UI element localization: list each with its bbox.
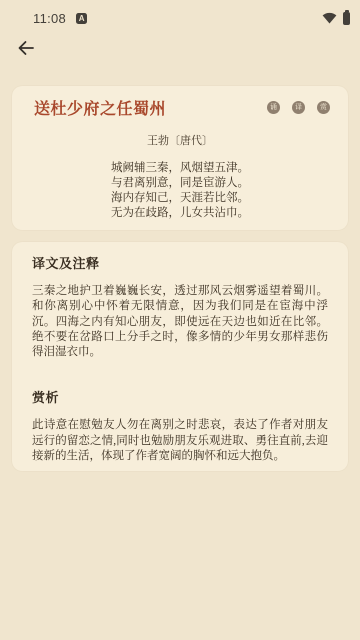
poem-line: 城阙辅三秦，风烟望五津。 [22,161,338,176]
left-arrow-icon [16,39,36,57]
section-heading-appreciation: 赏析 [22,387,338,406]
poem-line: 无为在歧路，儿女共沾巾。 [22,206,338,221]
content-card: 译文及注释 三秦之地护卫着巍巍长安，透过那风云烟雾遥望着蜀川。和你离别心中怀着无… [12,242,348,471]
poem-title-row: 送杜少府之任蜀州 诵 译 赏 [22,96,338,119]
section-body-appreciation: 此诗意在慰勉友人勿在离别之时悲哀，表达了作者对朋友远行的留恋之情,同时也勉励朋友… [32,418,328,464]
notification-app-icon: A [76,13,87,24]
poem-card: 送杜少府之任蜀州 诵 译 赏 王勃〔唐代〕 城阙辅三秦，风烟望五津。 与君离别意… [12,86,348,230]
section-heading-translation: 译文及注释 [22,253,338,272]
recite-seal-icon[interactable]: 诵 [267,101,280,114]
appreciate-seal-icon[interactable]: 赏 [317,101,330,114]
poem-title: 送杜少府之任蜀州 [22,96,267,119]
seal-button-group: 诵 译 赏 [267,101,338,114]
back-button[interactable] [16,39,40,63]
poem-line: 海内存知己，天涯若比邻。 [22,191,338,206]
status-bar: 11:08 A [0,0,360,30]
poem-body: 城阙辅三秦，风烟望五津。 与君离别意，同是宦游人。 海内存知己，天涯若比邻。 无… [22,161,338,221]
translate-seal-icon[interactable]: 译 [292,101,305,114]
author-line: 王勃〔唐代〕 [22,132,338,148]
top-app-bar [0,30,360,65]
battery-icon [343,12,350,25]
status-time: 11:08 [33,11,66,26]
poem-line: 与君离别意，同是宦游人。 [22,176,338,191]
wifi-icon [322,12,337,24]
section-body-translation: 三秦之地护卫着巍巍长安，透过那风云烟雾遥望着蜀川。和你离别心中怀着无限情意，因为… [32,284,328,360]
